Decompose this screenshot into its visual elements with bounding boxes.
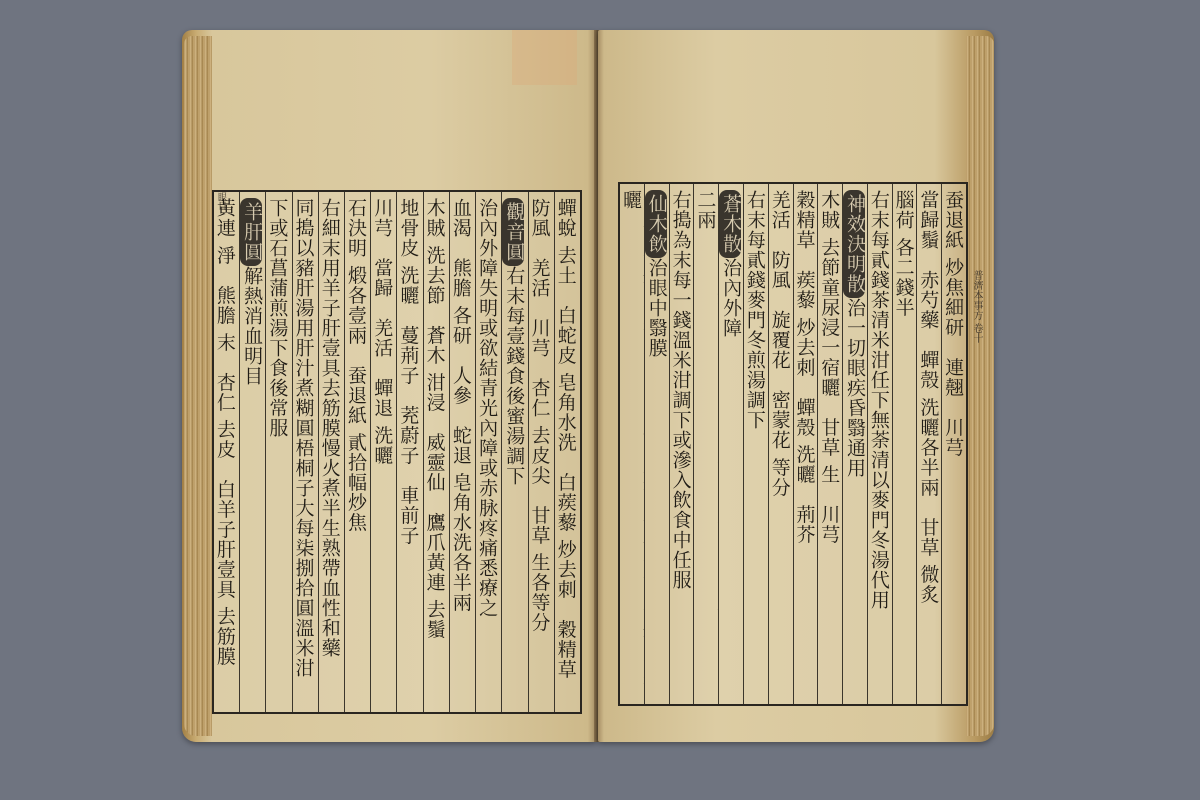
text-column: 右末每貳錢麥門冬煎湯調下 bbox=[743, 184, 768, 704]
open-book: 眼目 蟬蛻 去土 白蛇皮 皂角水洗 白蒺藜 炒去刺 穀精草 防風 羌活 川芎 杏… bbox=[182, 30, 1012, 750]
left-page: 眼目 蟬蛻 去土 白蛇皮 皂角水洗 白蒺藜 炒去刺 穀精草 防風 羌活 川芎 杏… bbox=[182, 30, 596, 742]
text-column: 仙木飲治眼中翳膜 bbox=[644, 184, 669, 704]
text-column: 當歸鬚 赤芍藥 蟬殼 洗曬各半兩 甘草 微炙 bbox=[916, 184, 941, 704]
recipe-title: 觀音圓 bbox=[502, 198, 524, 266]
text-column: 神效決明散治一切眼疾昏翳通用 bbox=[842, 184, 867, 704]
text-column: 石決明 煅各壹兩 蚕退紙 貳拾幅炒焦 bbox=[344, 192, 370, 712]
text-column: 木賊 去節童尿浸一宿曬 甘草 生 川芎 bbox=[817, 184, 842, 704]
text-column: 蚕退紙 炒焦細研 連翹 川芎 bbox=[941, 184, 966, 704]
left-text-frame: 眼目 蟬蛻 去土 白蛇皮 皂角水洗 白蒺藜 炒去刺 穀精草 防風 羌活 川芎 杏… bbox=[212, 190, 582, 714]
left-page-edges bbox=[184, 36, 212, 736]
text-column: 蒼木散治內外障 bbox=[718, 184, 743, 704]
text-column: 羌活 防風 旋覆花 密蒙花 等分 bbox=[768, 184, 793, 704]
recipe-title: 仙木飲 bbox=[645, 190, 667, 258]
text-column: 下或石菖蒲煎湯下食後常服 bbox=[265, 192, 291, 712]
paper-stain bbox=[512, 30, 577, 85]
text-column: 腦荷 各二錢半 bbox=[892, 184, 917, 704]
text-column: 血渴 熊膽 各研 人參 蛇退 皂角水洗各半兩 bbox=[449, 192, 475, 712]
text-column: 治內外障失明或欲結青光內障或赤脉疼痛悉療之 bbox=[475, 192, 501, 712]
text-column: 木賊 洗去節 蒼木 泔浸 威靈仙 鷹爪黃連 去鬚 bbox=[423, 192, 449, 712]
right-page-edges bbox=[966, 36, 994, 736]
right-page: 蚕退紙 炒焦細研 連翹 川芎 當歸鬚 赤芍藥 蟬殼 洗曬各半兩 甘草 微炙 腦荷… bbox=[598, 30, 994, 742]
text-column: 蒼木 童尿浸一宿 一兩 二分 光淨木賊 去節童尿浸一宿曬 bbox=[620, 184, 644, 704]
text-column: 蒼木 四兩米泔浸青鹽 壹兩同炒 木賊 去節童尿浸一宿曬 二兩 bbox=[693, 184, 718, 704]
recipe-title: 羊肝圓 bbox=[240, 198, 262, 266]
text-column: 右搗為末每一錢溫米泔調下或滲入飲食中任服 bbox=[669, 184, 694, 704]
recipe-title: 蒼木散 bbox=[719, 190, 741, 258]
text-column: 羊肝圓解熱消血明目 bbox=[239, 192, 265, 712]
right-text-frame: 蚕退紙 炒焦細研 連翹 川芎 當歸鬚 赤芍藥 蟬殼 洗曬各半兩 甘草 微炙 腦荷… bbox=[618, 182, 968, 706]
text-column: 同搗以豬肝湯用肝汁煮糊圓梧桐子大每柒捌拾圓溫米泔 bbox=[292, 192, 318, 712]
text-column: 右細末用羊子肝壹具去筋膜慢火煮半生熟帶血性和藥 bbox=[318, 192, 344, 712]
text-column: 穀精草 蒺藜 炒去刺 蟬殼 洗曬 荊芥 bbox=[793, 184, 818, 704]
text-column: 黃連 淨 熊膽 末 杏仁 去皮 白羊子肝壹具 去筋膜 bbox=[214, 192, 239, 712]
right-margin-label: 普濟本事方 卷十 bbox=[970, 270, 984, 343]
text-column: 右末每貳錢茶清米泔任下無荼清以麥門冬湯代用 bbox=[867, 184, 892, 704]
text-column: 防風 羌活 川芎 杏仁 去皮尖 甘草 生各等分 bbox=[528, 192, 554, 712]
text-column: 地骨皮 洗曬 蔓荊子 茺蔚子 車前子 bbox=[396, 192, 422, 712]
text-column: 觀音圓右末每壹錢食後蜜湯調下 bbox=[501, 192, 527, 712]
recipe-title: 神效決明散 bbox=[843, 190, 865, 298]
text-column: 川芎 當歸 羌活 蟬退 洗曬 bbox=[370, 192, 396, 712]
text-column: 蟬蛻 去土 白蛇皮 皂角水洗 白蒺藜 炒去刺 穀精草 bbox=[554, 192, 580, 712]
